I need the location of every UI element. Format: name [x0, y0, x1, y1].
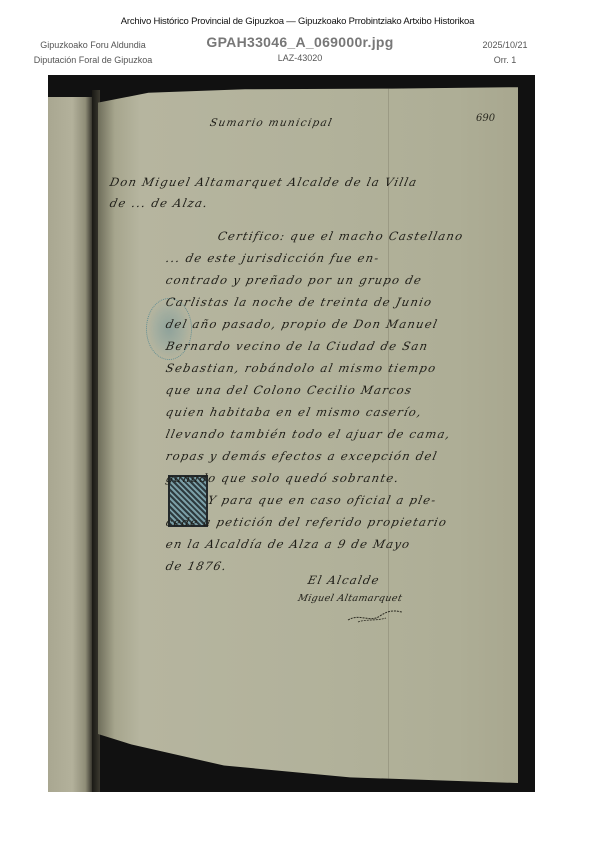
archive-title: Archivo Histórico Provincial de Gipuzkoa… [0, 16, 595, 27]
text-line: contrado y preñado por un grupo de [165, 273, 424, 287]
text-line: ganado que solo quedó sobrante. [165, 471, 402, 485]
document-heading: Sumario municipal [209, 117, 334, 129]
text-line: Don Miguel Altamarquet Alcalde de la Vil… [109, 175, 420, 189]
institution-spanish: Diputación Foral de Gipuzkoa [18, 53, 168, 68]
text-line: Certifico: que el macho Castellano [217, 229, 465, 243]
text-line: quien habitaba en el mismo caserío, [165, 405, 424, 419]
text-line: que una del Colono Cecilio Marcos [165, 383, 414, 397]
reference-code: LAZ-43020 [180, 53, 420, 63]
text-line: llevando también todo el ajuar de cama, [165, 427, 453, 441]
text-line: cede a petición del referido propietario [165, 515, 449, 529]
institution-basque: Gipuzkoako Foru Aldundia [18, 38, 168, 53]
date-block: 2025/10/21 Orr. 1 [460, 38, 550, 68]
folio-number: 690 [476, 113, 495, 124]
signature-name: Miguel Altamarquet [297, 593, 403, 604]
file-info: GPAH33046_A_069000r.jpg LAZ-43020 [180, 34, 420, 63]
text-line: de ... de Alza. [109, 196, 210, 210]
text-line: Y para que en caso oficial a ple- [207, 493, 439, 507]
text-line: Bernardo vecino de la Ciudad de San [165, 339, 430, 353]
page-label: Orr. 1 [460, 53, 550, 68]
text-line: Sebastian, robándolo al mismo tiempo [165, 361, 439, 375]
document-scan: 690 Sumario municipal Don Miguel Altamar… [48, 75, 535, 792]
date: 2025/10/21 [460, 38, 550, 53]
text-line: del año pasado, propio de Don Manuel [165, 317, 440, 331]
manuscript-page: 690 Sumario municipal Don Miguel Altamar… [98, 83, 518, 783]
text-line: ... de este jurisdicción fue en- [165, 251, 382, 265]
signature-flourish-icon [346, 609, 404, 623]
text-line: Carlistas la noche de treinta de Junio [165, 295, 434, 309]
signature-title: El Alcalde [307, 573, 382, 587]
left-page-edge [48, 97, 92, 792]
text-line: de 1876. [165, 559, 229, 573]
text-line: ropas y demás efectos a excepción del [165, 449, 440, 463]
institution-block: Gipuzkoako Foru Aldundia Diputación Fora… [18, 38, 168, 68]
filename: GPAH33046_A_069000r.jpg [180, 34, 420, 50]
text-line: en la Alcaldía de Alza a 9 de Mayo [165, 537, 412, 551]
